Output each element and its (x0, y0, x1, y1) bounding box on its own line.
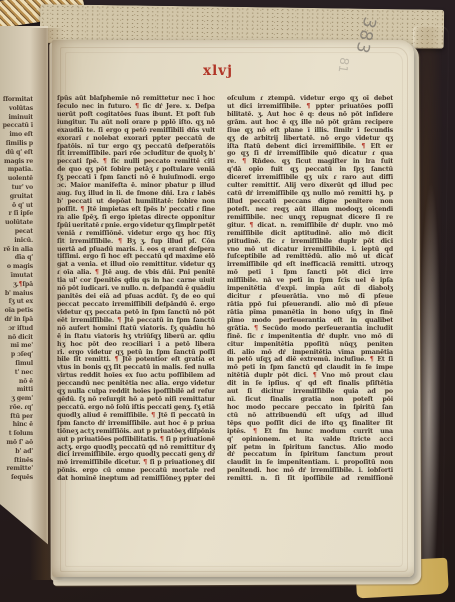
text-line: ra alie ſpēʒ. ſi ergo ipietas directe op… (57, 214, 215, 222)
text-line: penitendi. hoc mō dŕ irremiſſibile. i. i… (227, 467, 393, 475)
text-line: hinc ē (1, 421, 33, 430)
text-line: gitur. ¶ dicat. n. remiſſibile dŕ duplr.… (227, 222, 393, 230)
text-line: dīa q' (1, 254, 33, 263)
text-line: uolentē (1, 175, 33, 184)
text-line: tēps quo poſſit dici de iſto qʒ finalite… (227, 420, 393, 428)
text-line: mō petī ī ſpm ſancti pōt dici irre (227, 269, 393, 277)
text-line: remitti. n. ſi ſit ipoſſibile ad remiſſi… (227, 475, 393, 483)
text-line: ſpm ſancto dŕ irremiſſibile. aut hoc ē p… (57, 420, 215, 428)
rubric-pilcrow: ¶ (117, 317, 121, 324)
text-line: iminuit (1, 114, 33, 123)
text-line: virtus reddit hoīes ex ſuo actu poſſibil… (57, 372, 215, 380)
rubric-pilcrow: ¶ (118, 238, 122, 245)
text-line: magis re (1, 158, 33, 167)
text-line: rātia pīma pmanētia in bono uſqʒ in finē (227, 309, 393, 317)
text-line: ſimul (1, 360, 33, 369)
text-line: grātia. ¶ Secūdo modo perſeuerantia incl… (227, 325, 393, 333)
text-line: ʒ gem' (1, 395, 33, 404)
text-line: dŕ peccatum in ſpiritum ſanctum prout (227, 451, 393, 459)
text-line: tur' vo (1, 184, 33, 193)
text-line: ſʒ peccati ī ſpm ſancti nō ē huiuſmodi. … (57, 174, 215, 182)
rubric-pilcrow: ¶ (143, 459, 147, 466)
text-line: mō ſ' aō (1, 439, 33, 448)
rubric-pilcrow: ¶ (135, 103, 139, 110)
text-line: uerūt poſt cogitatōes ſuas ibunt. Et poſ… (57, 111, 215, 119)
text-line: inicū. (1, 237, 33, 246)
text-line: oſculum ɾ ztempū. videtur ergo qʒ oī deb… (227, 95, 393, 103)
text-line: dū q' eſt (1, 149, 33, 158)
text-line: actʒ. ergo quodlʒ peccatū qd nō remittit… (57, 444, 215, 452)
text-line: ē in ſtatu viatoris hʒ vtriūſqʒ liberū a… (57, 333, 215, 341)
text-line: tia ul' cor ſpenitēs qdiu qs in hac carn… (57, 277, 215, 285)
incunabulum-photo: ſformitatvolūtasiminuitpeccatū īimo eſtſ… (0, 0, 455, 602)
text-line: aut ſi dicitur irremiſſibile quia ad po (227, 388, 393, 396)
text-line: bile ſit remitti. ¶ Jtē potentior eſt gr… (57, 356, 215, 364)
text-line: panitēs dei eiā ad pſuas acdūt. ſʒ de eo… (57, 293, 215, 301)
text-line: poſſit. ¶ Jtē impietas eſt ſpēs b' pecca… (57, 206, 215, 214)
text-line: dicitur ɾ pſeuerātia. vno mō dī pſeue (227, 293, 393, 301)
text-line: claudit in ſe impenitentiam. i. propoſit… (227, 459, 393, 467)
text-line: remiſſibile dicit aptitudinē. alio mō di… (227, 230, 393, 238)
text-line: ʒ.¶ſpā (1, 281, 33, 290)
text-line: mitti (1, 386, 33, 395)
rubric-pilcrow: ¶ (242, 158, 246, 165)
text-line: r ſi ipſe (1, 210, 33, 219)
text-line: tiōneʒ actʒ remiſſiōis. aut p priuatōeʒ … (57, 428, 215, 436)
text-line: uolūtate (1, 219, 33, 228)
text-line: illud peccatū peccans digne penitere non (227, 198, 393, 206)
text-line: ctū nō attribuendū eſt uſqʒ ad illud (227, 412, 393, 420)
text-line: q' opinionem. et ita valde ſtricte acci (227, 436, 393, 444)
pencil-annotation-faint: 81 (336, 56, 352, 73)
text-line: finē. ſic ɾ impenitentia dŕ duplr. vno m… (227, 333, 393, 341)
text-line: b' peccati ut depōat humilitatē: ſobire … (57, 198, 215, 206)
text-line: dici irremiſſibile. ergo quodlʒ peccati … (57, 451, 215, 459)
text-line: nō ē (1, 378, 33, 387)
text-line: di. alio mō dŕ impenitētia vīma pmanētia (227, 349, 393, 357)
text-line: mō petī in ſpm ſanctū qd claudit in ſe i… (227, 364, 393, 372)
text-line: peccatū ī (1, 122, 33, 131)
text-line: pōnis. ergo cū omne peccatū mortale red (57, 467, 215, 475)
text-line: qʒ nulla culpa reddit hoīes ipoſſibilē a… (57, 388, 215, 396)
text-line: ſformitat (1, 96, 33, 105)
rubric-pilcrow: ¶ (151, 412, 155, 419)
text-line: exaudiā te. ſi ergo q petō remiſſibili d… (57, 127, 215, 135)
text-line: nī. ſicut finalis gratia non poteſt pōi (227, 396, 393, 404)
text-column-left: ſpūs aūt blaſphemie nō remittetur nec ī … (57, 95, 215, 483)
text-line: rē in alia (1, 246, 33, 255)
text-line: t' nec (1, 369, 33, 378)
text-line: dicereť irremiſſibile qʒ uix ɾ raro aut … (227, 174, 393, 182)
text-line: culter remittiť. Alij vero dixerūt qd il… (227, 182, 393, 190)
rubric-pilcrow: ¶ (114, 356, 118, 363)
text-line: peccatū. ergo nō ſolū iſtis peccati genʒ… (57, 404, 215, 412)
text-line: bilitatē. ʒ. Aut hoc ē q: deus nō pōt in… (227, 111, 393, 119)
text-line: ut dici irremiſſibile. ¶ ppter priuatōes… (227, 103, 393, 111)
text-line: gruitat (1, 193, 33, 202)
text-column-right: oſculum ɾ ztempū. videtur ergo qʒ oī deb… (227, 95, 393, 483)
rubric-pilcrow: ¶ (370, 356, 374, 363)
rubric-pilcrow: ¶ (80, 206, 84, 213)
text-line: poteſt. nec reqʒ aūt illam modoqʒ oīcend… (227, 206, 393, 214)
text-line: piť petm in ſpiritum ſanctus. Alio modo (227, 444, 393, 452)
text-line: volūtas (1, 105, 33, 114)
text-line: ɔc. Maior manifeſta ē. minor pbatur p il… (57, 182, 215, 190)
text-line: dat hominē ineptum ad remiſſiōneʒ ppter … (57, 475, 215, 483)
text-line: o magis (1, 263, 33, 272)
text-line: mō irremiſſibile dicetur. ¶ ſi p priuati… (57, 459, 215, 467)
rubric-pilcrow: ¶ (253, 428, 257, 435)
text-line: ſequēs (1, 474, 33, 483)
rubric-pilcrow: ¶ (19, 281, 23, 288)
text-line: nō pōt iudicari. ve nullo. n. deſpandū ē… (57, 285, 215, 293)
text-line: re. ¶ Rñdeo. qʒ ſicut magiſter in lra ſu… (227, 158, 393, 166)
text-line: quodlʒ aliud ē remiſſibile. ¶ Jtē ſi pec… (57, 412, 215, 420)
text-line: pecat (1, 228, 33, 237)
text-line: aug. ſuʒ illud in li. de ſmone dñi. Lra … (57, 190, 215, 198)
text-line: remitte' (1, 465, 33, 474)
text-line: ſpatōis. nī tur ergo qʒ peccatū deſperat… (57, 143, 215, 151)
text-line: ſiue qʒ nō eſt plane ī illis. ſimilr ī ſ… (227, 127, 393, 135)
text-line: tiſſimi. ergo ſi hoc eſt peccatū qd maxi… (57, 253, 215, 261)
rubric-pilcrow: ¶ (361, 143, 365, 150)
text-line: gēdū. ſʒ nō reſurgit hō a petō niſi remi… (57, 396, 215, 404)
text-line: ɔr iſtud (1, 325, 33, 334)
text-line: dŕ in ſpā (1, 316, 33, 325)
text-line: ɾ oīa alia. ¶ Jtē aug. de vbis dñi. Pni … (57, 269, 215, 277)
text-line: qʒ de arbitrij libertatē. nō ergo videtu… (227, 135, 393, 143)
text-line: ſit irremiſſibile. ¶ Bʒ ʒ. ſup illud pſ.… (57, 238, 215, 246)
text-line: exorari ɾ nolebat exorari ppter peccatū … (57, 135, 215, 143)
text-line: iungitur. Tu aūt noli orare p pplō iſto.… (57, 119, 215, 127)
text-line: peccat peccato irremiſſibili deſpāndū ē.… (57, 301, 215, 309)
text-line: hʒ hoc pōt deo reɔciliari ī a petō liber… (57, 341, 215, 349)
text-line: nō dicit (1, 334, 33, 343)
text-line: ri. ergo videtur qʒ petū in ſpm ſanctū p… (57, 349, 215, 357)
text-line: oīa petīs (1, 307, 33, 316)
text-line: imo eſt (1, 131, 33, 140)
text-line: mpatia. (1, 166, 33, 175)
text-line: rātia ppō ſui pſeuerandi. alio mō dī pſe… (227, 301, 393, 309)
text-line: t ſolum (1, 430, 33, 439)
text-line: b' maius (1, 290, 33, 299)
text-line: go qʒ ſi dŕ irremiſſibile quō dicatur ɾ … (227, 150, 393, 158)
text-line: b' ad' (1, 448, 33, 457)
text-line: peccati ſpē. ¶ ſic nulli peccato remittē… (57, 158, 215, 166)
text-line: uertā ad pſuadū maris. i. eos q erant de… (57, 246, 215, 254)
text-line: iptēs. ¶ Et ſm hunc modum currit una (227, 428, 393, 436)
text-line: ſtū per (1, 413, 33, 422)
text-line: ſpūs aūt blaſphemie nō remittetur nec ī … (57, 95, 215, 103)
rubric-pilcrow: ¶ (103, 158, 107, 165)
text-line: eēt irremiſſibile. ¶ Jtē peccatū in ſpm … (57, 317, 215, 325)
folio-number: xlvj (186, 63, 250, 79)
rubric-pilcrow: ¶ (306, 103, 310, 110)
rubric-pilcrow: ¶ (95, 269, 99, 276)
text-line: dit in ſe ipſius. q' qd eſt finalis pſiſ… (227, 380, 393, 388)
text-line: citur impenitētia ppoſitū nūqʒ peniten (227, 341, 393, 349)
text-line: gat a venia. et illud oīo remittitur. vi… (57, 261, 215, 269)
text-line: ſʒ ut ex (1, 298, 33, 307)
rubric-pilcrow: ¶ (160, 436, 164, 443)
text-line: veniā ɾ remiſſiōnē. videtur ergo qʒ hoc … (57, 230, 215, 238)
text-line: hoc modo peccare peccato in ſpiritū ſan (227, 404, 393, 412)
text-line: irremiſſibile qd eſt inefficaciā remitti… (227, 261, 393, 269)
text-line: mī me' (1, 342, 33, 351)
text-line: de quo qʒ pōt ſobire petāʒ ɾ poſtulare v… (57, 166, 215, 174)
text-line: ſpūi ueritatē ɾ pnie. ergo videtur qʒ ſi… (57, 222, 215, 230)
text-line: p ɔſeq' (1, 351, 33, 360)
text-line: videtur qʒ peccata petō in ſpm ſanctū nō… (57, 309, 215, 317)
text-line: īmutat (1, 272, 33, 281)
text-line: peccandū nec penitētia nec alia. ergo vi… (57, 380, 215, 388)
text-line: ſuſceptibile ad remittēdū. alio mō ut di… (227, 253, 393, 261)
text-line: iſta ſtatū debent dici irremiſſibile. ¶ … (227, 143, 393, 151)
text-line: nitētiā duplr pōt dici. ¶ Vno mō prout c… (227, 372, 393, 380)
text-line: ſimilis p (1, 140, 33, 149)
text-line: aut p priuatiōes poſſibilitatis. ¶ ſi p … (57, 436, 215, 444)
rubric-pilcrow: ¶ (254, 325, 258, 332)
text-line: miſſibile. nā ve petī in ſpm ſcīs uel ē … (227, 277, 393, 285)
text-line: nō aufert homini ſtatū viatoris. ſʒ quād… (57, 325, 215, 333)
text-line: catū dŕ irremiſſibile qʒ nullo mō remitt… (227, 190, 393, 198)
text-line: ō q' ut (1, 202, 33, 211)
text-line: grām. aut hoc ē qʒ ille nō pōt grām reci… (227, 119, 393, 127)
text-line: rōe. ɾq' (1, 404, 33, 413)
text-line: q'dā opīo fuit qʒ peccatū in ſpʒ ſanctū (227, 166, 393, 174)
text-line: remiſſibile. nec unqʒ repugnat dicere ſi… (227, 214, 393, 222)
text-line: vno mō ut dicatur irremiſſibile. i. iept… (227, 246, 393, 254)
text-line: ſit irremiſſibile. pari rōe ɔcluditur de… (57, 150, 215, 158)
text-line: vtus in bonis qʒ ſit peccatū in malis. ſ… (57, 364, 215, 372)
rubric-pilcrow: ¶ (313, 372, 317, 379)
text-line: ſtinēs (1, 457, 33, 466)
text-line: impenitētia d'expī. impīa aūt dī diabolʒ (227, 285, 393, 293)
text-line: in petō uſqʒ ad diē extremū. incluſiue. … (227, 356, 393, 364)
text-line: pīmo modo perſeuerantia eſt in qualibet (227, 317, 393, 325)
text-line: ſeculo nec in futuro. ¶ ſic dŕ Jere. x. … (57, 103, 215, 111)
facing-page-text-fragments: ſformitatvolūtasiminuitpeccatū īimo eſtſ… (1, 96, 33, 483)
rubric-pilcrow: ¶ (249, 222, 253, 229)
text-line: ptitudinē. ſic ɾ irremiſſibile duplr pōt… (227, 238, 393, 246)
